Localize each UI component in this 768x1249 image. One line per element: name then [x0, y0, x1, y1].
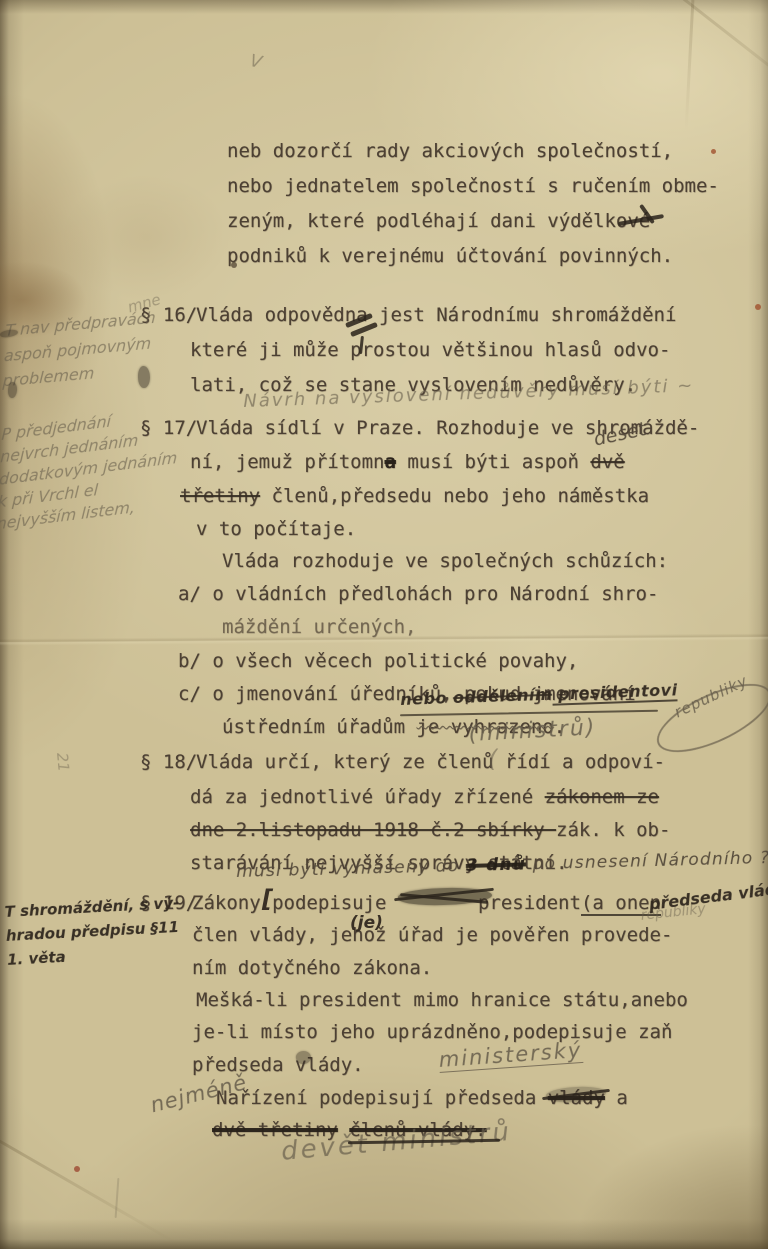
- typed-line: podniků k verejnému účtování povinných.: [227, 246, 673, 268]
- typed-line: dá za jednotlivé úřady zřízené zákonem z…: [190, 787, 659, 809]
- margin-note: T nav předpraváchaspoň pojmovnýmprobleme…: [2, 305, 156, 394]
- top-vertical-crease: [685, 0, 695, 130]
- handwritten-word: nejméně: [148, 1070, 250, 1117]
- text-span: členů,předsedu nebo jeho náměstka: [260, 485, 649, 507]
- margin-ink-blob: [138, 366, 150, 388]
- text-span: dne 2.listopadu 1918 č.2 sbírky: [190, 819, 556, 841]
- text-span: zákonem ze: [545, 786, 659, 808]
- handwritten-word: předseda vlády): [648, 878, 768, 914]
- document-page: neb dozorčí rady akciových společností,n…: [0, 0, 768, 1249]
- margin-note: T shromáždění, s vý-hradou předpisu §111…: [4, 891, 182, 972]
- pencil-paren: (: [488, 746, 497, 774]
- typed-line: ním dotyčného zákona.: [192, 958, 432, 980]
- red-speck-2: [755, 304, 761, 310]
- typed-line: třetiny členů,předsedu nebo jeho náměstk…: [180, 486, 649, 508]
- typed-line: člen vlády, jehož úřad je pověřen proved…: [192, 925, 672, 947]
- check-mark: V: [248, 52, 263, 74]
- typed-line: máždění určených,: [222, 617, 416, 639]
- ink-bracket: [: [262, 886, 273, 914]
- text-span: dvě: [590, 451, 624, 473]
- typed-line: Vláda rozhoduje ve společných schůzích:: [222, 551, 668, 573]
- text-span: Nařízení podepisují předseda: [216, 1087, 548, 1109]
- typed-line: zeným, které podléhají dani výdělkové: [227, 211, 650, 233]
- typed-line: které ji může prostou většinou hlasů odv…: [190, 340, 670, 362]
- red-speck-1: [711, 149, 716, 154]
- dark-speck: [231, 262, 237, 268]
- text-span: nebo: [400, 688, 453, 709]
- top-right-corner-crease: [649, 0, 768, 103]
- text-span: ní, jemuž přítomn: [190, 451, 384, 473]
- text-span: 3 dnů: [466, 854, 527, 876]
- text-span: oddělením: [453, 685, 553, 707]
- handwritten-word: (ministrů): [468, 715, 597, 747]
- handwritten-word: (je): [350, 914, 383, 934]
- text-span: zák. k ob-: [556, 819, 670, 841]
- margin-note: P předjednánínejvrch jednánímdodatkovým …: [0, 402, 180, 535]
- text-span: presidentovi: [552, 680, 678, 705]
- text-span: třetiny: [180, 485, 260, 507]
- typed-line: je-li místo jeho uprázdněno,podepisuje z…: [192, 1022, 672, 1044]
- red-speck-3: [74, 1166, 80, 1172]
- typed-line: ní, jemuž přítomna musí býti aspoň dvě: [190, 452, 625, 474]
- section-label: § 18/: [140, 752, 197, 774]
- margin-number: 21: [53, 752, 72, 773]
- typed-line: v to počítaje.: [196, 519, 356, 541]
- typed-line: Vláda určí, který ze členů řídí a odpoví…: [196, 752, 665, 774]
- typed-line: nebo jednatelem společností s ručením ob…: [227, 176, 719, 198]
- typed-line: a/ o vládních předlohách pro Národní shr…: [178, 584, 658, 606]
- margin-ink-tick: [7, 382, 17, 399]
- text-span: a: [384, 451, 395, 473]
- text-span: president: [478, 892, 581, 914]
- text-span: musí býti aspoň: [396, 451, 590, 473]
- typed-line: Mešká-li president mimo hranice státu,an…: [196, 990, 688, 1012]
- pencil-line-bottom: [115, 1178, 120, 1218]
- typed-line: předseda vlády.: [192, 1055, 364, 1077]
- typed-line: b/ o všech věcech politické povahy,: [178, 651, 578, 673]
- text-span: dá za jednotlivé úřady zřízené: [190, 786, 545, 808]
- text-span: ústředním úřadům: [222, 716, 416, 738]
- text-span: Zákony podepisuje: [192, 892, 386, 914]
- typed-line: Vláda odpovědna jest Národnímu shromáždě…: [196, 305, 676, 327]
- typed-line: neb dozorčí rady akciových společností,: [227, 141, 673, 163]
- bottom-left-corner-crease: [0, 1131, 176, 1244]
- typed-line: dne 2.listopadu 1918 č.2 sbírky zák. k o…: [190, 820, 670, 842]
